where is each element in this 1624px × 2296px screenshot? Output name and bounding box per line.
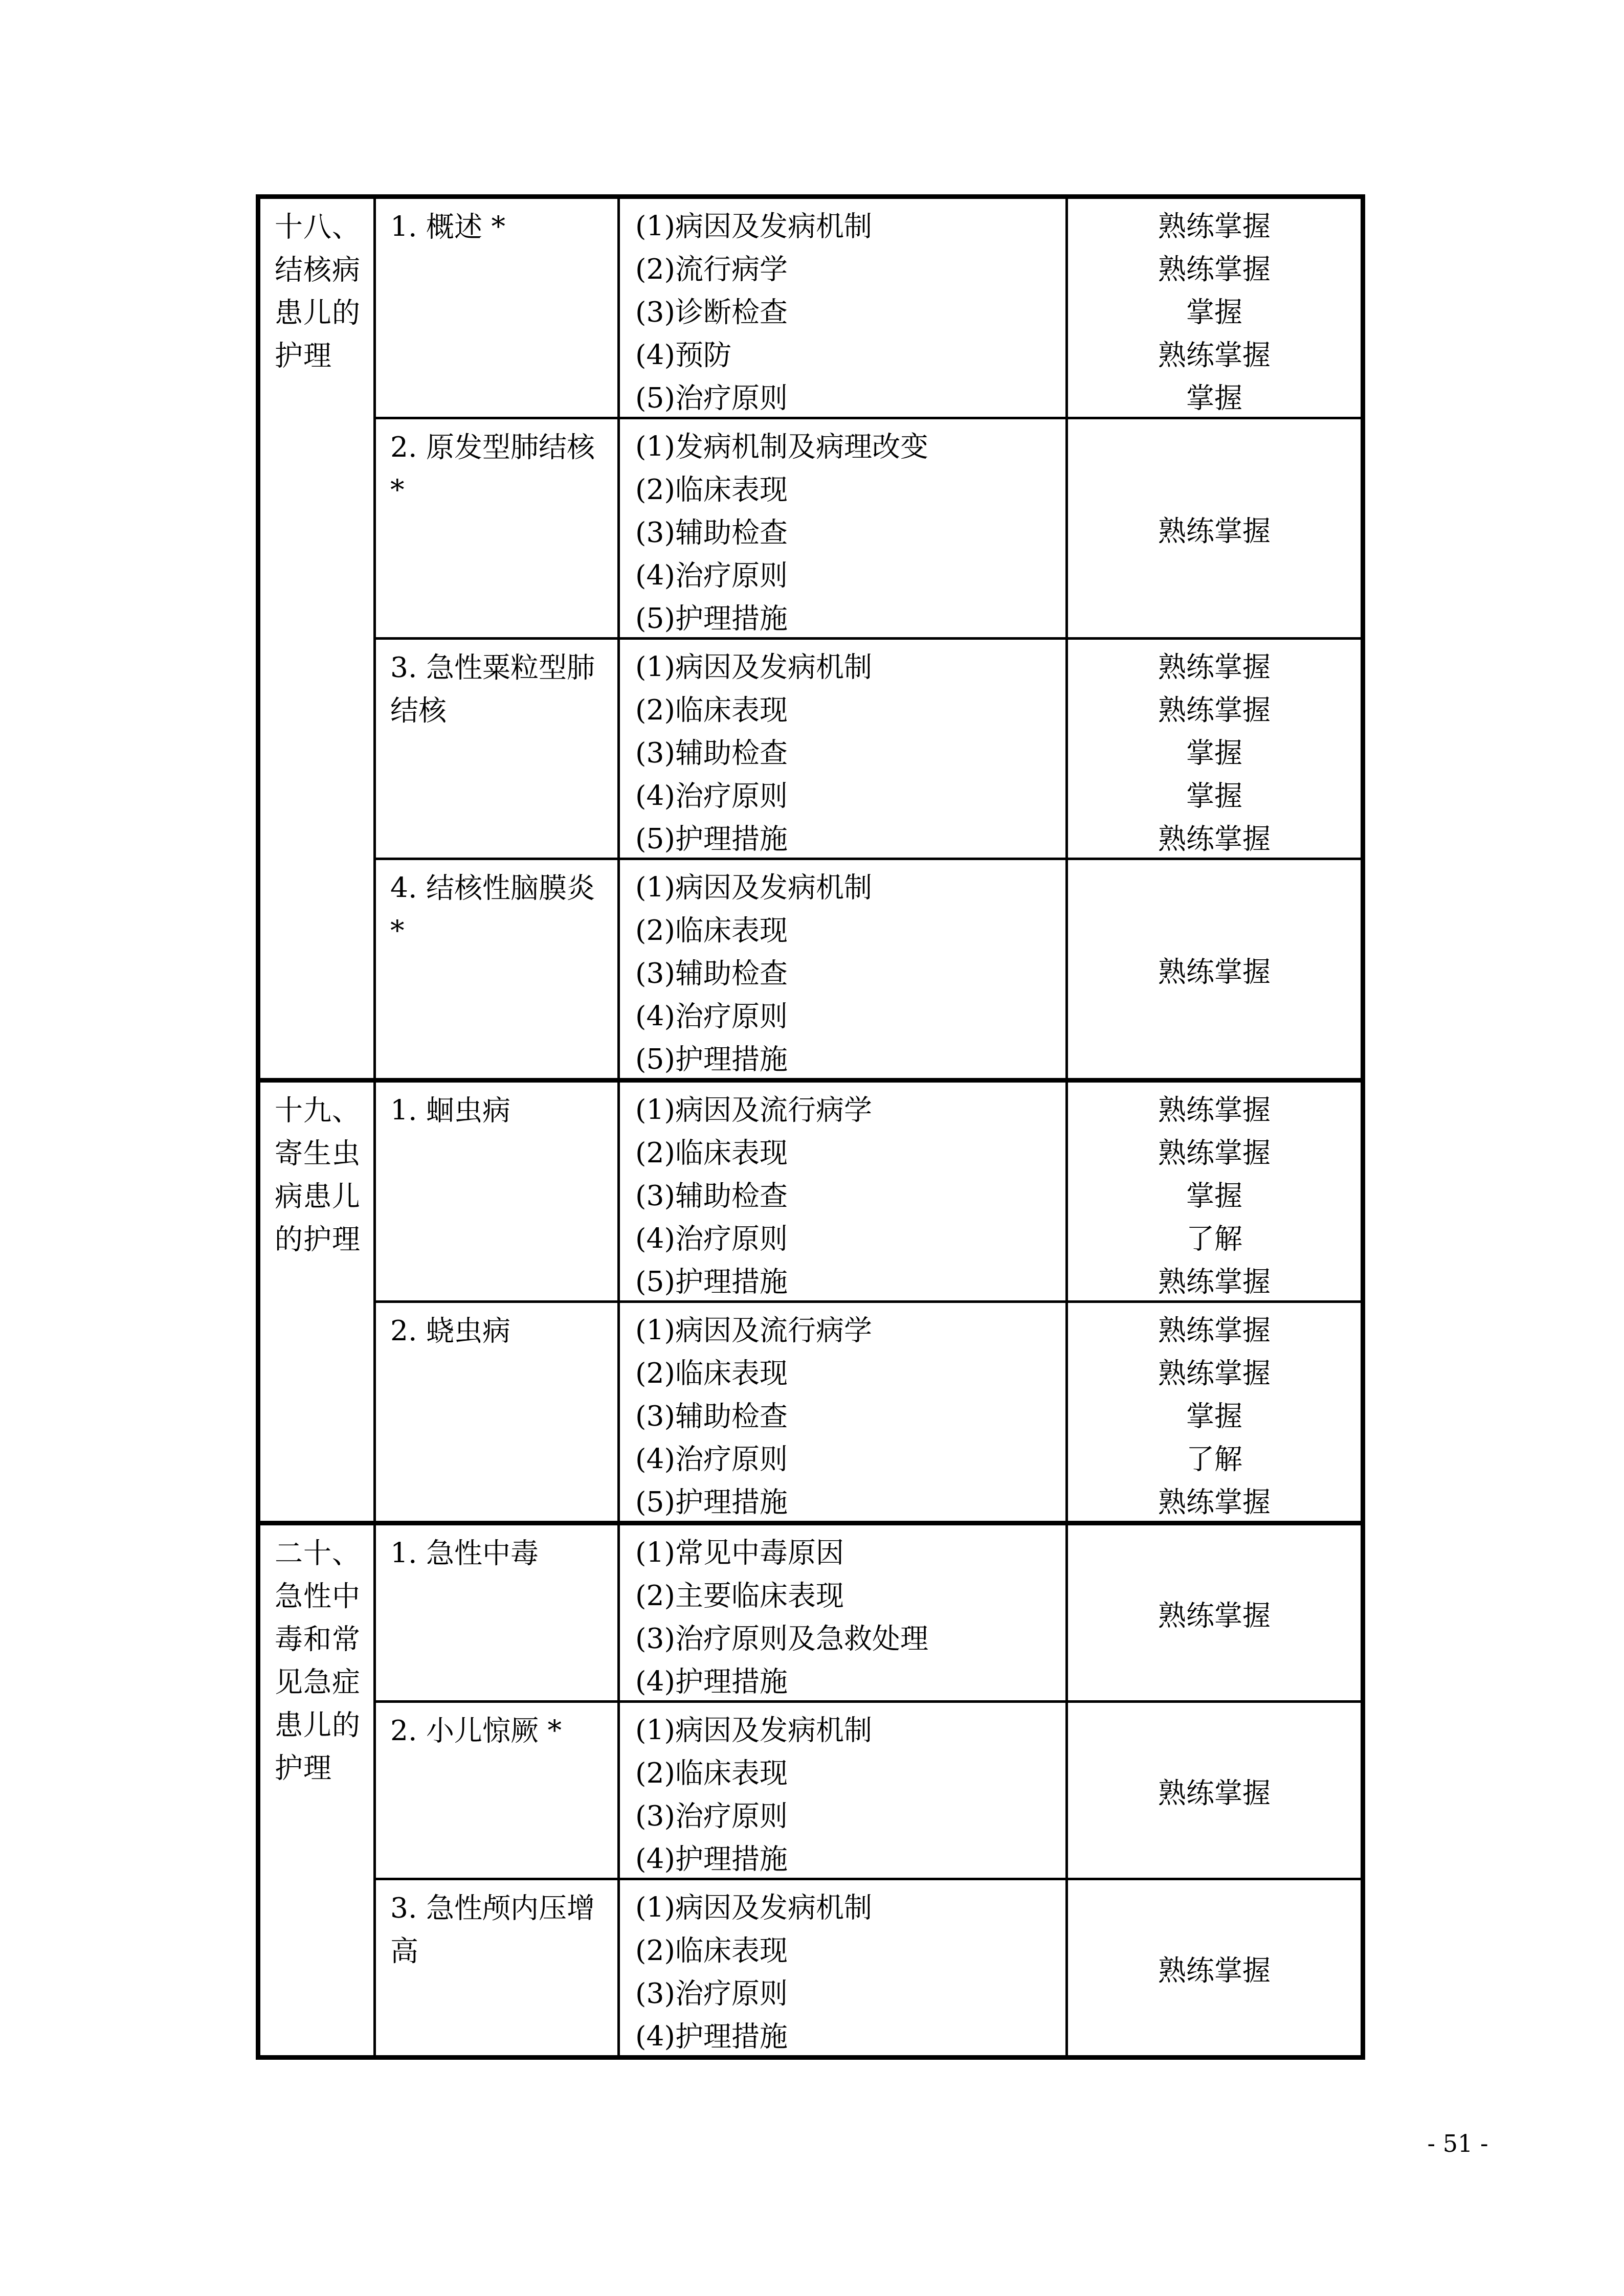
level-line: 熟练掌握 xyxy=(1068,1349,1361,1392)
item-line: (2)临床表现 xyxy=(620,465,1065,508)
item-line: (4)护理措施 xyxy=(620,1835,1065,1878)
level-line: 熟练掌握 xyxy=(1068,1257,1361,1300)
item-line: (5)护理措施 xyxy=(620,594,1065,637)
item-line: (2)流行病学 xyxy=(620,245,1065,288)
level-cell: 熟练掌握 xyxy=(1067,418,1363,639)
level-line: 熟练掌握 xyxy=(1068,331,1361,374)
level-cell: 熟练掌握熟练掌握掌握了解熟练掌握 xyxy=(1067,1302,1363,1523)
level-line: 熟练掌握 xyxy=(1068,815,1361,858)
item-line: (3)辅助检查 xyxy=(620,729,1065,772)
section-row: 2. 蛲虫病(1)病因及流行病学(2)临床表现(3)辅助检查(4)治疗原则(5)… xyxy=(258,1302,1363,1523)
section-row: 二十、 急性中 毒和常 见急症 患儿的 护理1. 急性中毒(1)常见中毒原因(2… xyxy=(258,1523,1363,1702)
item-line: (1)病因及流行病学 xyxy=(620,1086,1065,1129)
item-line: (2)临床表现 xyxy=(620,686,1065,729)
section-title-cell: 3. 急性颅内压增 高 xyxy=(375,1879,619,2058)
item-line: (1)病因及发病机制 xyxy=(620,863,1065,906)
items-cell: (1)病因及发病机制(2)临床表现(3)辅助检查(4)治疗原则(5)护理措施 xyxy=(619,639,1067,859)
items-cell: (1)病因及发病机制(2)流行病学(3)诊断检查(4)预防(5)治疗原则 xyxy=(619,197,1067,418)
item-line: (1)病因及发病机制 xyxy=(620,643,1065,686)
page-number: - 51 - xyxy=(1381,2130,1534,2157)
section-row: 3. 急性颅内压增 高(1)病因及发病机制(2)临床表现(3)治疗原则(4)护理… xyxy=(258,1879,1363,2058)
section-row: 3. 急性粟粒型肺 结核(1)病因及发病机制(2)临床表现(3)辅助检查(4)治… xyxy=(258,639,1363,859)
item-line: (2)临床表现 xyxy=(620,1749,1065,1792)
section-title-cell: 1. 急性中毒 xyxy=(375,1523,619,1702)
section-title-cell: 2. 原发型肺结核 * xyxy=(375,418,619,639)
level-line: 熟练掌握 xyxy=(1068,245,1361,288)
level-cell: 熟练掌握 xyxy=(1067,1702,1363,1879)
level-cell: 熟练掌握熟练掌握掌握掌握熟练掌握 xyxy=(1067,639,1363,859)
section-row: 2. 小儿惊厥 *(1)病因及发病机制(2)临床表现(3)治疗原则(4)护理措施… xyxy=(258,1702,1363,1879)
item-line: (4)护理措施 xyxy=(620,1657,1065,1700)
section-title-cell: 2. 蛲虫病 xyxy=(375,1302,619,1523)
level-line: 熟练掌握 xyxy=(1068,1129,1361,1172)
level-cell: 熟练掌握 xyxy=(1067,1879,1363,2058)
item-line: (4)治疗原则 xyxy=(620,551,1065,594)
section-title-cell: 1. 蛔虫病 xyxy=(375,1081,619,1302)
level-line: 掌握 xyxy=(1068,1172,1361,1214)
item-line: (2)临床表现 xyxy=(620,1129,1065,1172)
items-cell: (1)发病机制及病理改变(2)临床表现(3)辅助检查(4)治疗原则(5)护理措施 xyxy=(619,418,1067,639)
level-cell: 熟练掌握熟练掌握掌握熟练掌握掌握 xyxy=(1067,197,1363,418)
level-line: 熟练掌握 xyxy=(1068,1086,1361,1129)
syllabus-table: 十八、 结核病 患儿的 护理1. 概述 *(1)病因及发病机制(2)流行病学(3… xyxy=(256,194,1365,2060)
item-line: (5)治疗原则 xyxy=(620,374,1065,417)
item-line: (3)治疗原则 xyxy=(620,1792,1065,1835)
items-cell: (1)病因及发病机制(2)临床表现(3)治疗原则(4)护理措施 xyxy=(619,1879,1067,2058)
level-line: 掌握 xyxy=(1068,374,1361,417)
syllabus-table-body: 十八、 结核病 患儿的 护理1. 概述 *(1)病因及发病机制(2)流行病学(3… xyxy=(258,197,1363,2058)
chapter-cell: 十九、 寄生虫 病患儿 的护理 xyxy=(258,1081,375,1523)
level-line: 熟练掌握 xyxy=(1068,643,1361,686)
item-line: (3)辅助检查 xyxy=(620,949,1065,992)
item-line: (4)护理措施 xyxy=(620,2012,1065,2055)
level-line: 掌握 xyxy=(1068,1392,1361,1435)
item-line: (1)常见中毒原因 xyxy=(620,1528,1065,1571)
level-line: 掌握 xyxy=(1068,729,1361,772)
item-line: (2)主要临床表现 xyxy=(620,1571,1065,1614)
level-line: 熟练掌握 xyxy=(1068,686,1361,729)
item-line: (1)发病机制及病理改变 xyxy=(620,422,1065,465)
level-line: 了解 xyxy=(1068,1435,1361,1478)
item-line: (1)病因及发病机制 xyxy=(620,202,1065,245)
chapter-cell: 十八、 结核病 患儿的 护理 xyxy=(258,197,375,1081)
level-line: 掌握 xyxy=(1068,288,1361,331)
level-line: 熟练掌握 xyxy=(1068,1306,1361,1349)
item-line: (4)治疗原则 xyxy=(620,992,1065,1035)
document-page: 十八、 结核病 患儿的 护理1. 概述 *(1)病因及发病机制(2)流行病学(3… xyxy=(0,0,1624,2296)
section-title-cell: 4. 结核性脑膜炎 * xyxy=(375,859,619,1081)
item-line: (4)治疗原则 xyxy=(620,1214,1065,1257)
item-line: (4)预防 xyxy=(620,331,1065,374)
item-line: (2)临床表现 xyxy=(620,1926,1065,1969)
section-title-cell: 1. 概述 * xyxy=(375,197,619,418)
item-line: (5)护理措施 xyxy=(620,1035,1065,1078)
level-line: 熟练掌握 xyxy=(1068,1478,1361,1521)
section-title-cell: 2. 小儿惊厥 * xyxy=(375,1702,619,1879)
chapter-cell: 二十、 急性中 毒和常 见急症 患儿的 护理 xyxy=(258,1523,375,2058)
level-cell: 熟练掌握 xyxy=(1067,859,1363,1081)
item-line: (3)治疗原则 xyxy=(620,1969,1065,2012)
level-line: 掌握 xyxy=(1068,772,1361,815)
item-line: (4)治疗原则 xyxy=(620,1435,1065,1478)
item-line: (1)病因及发病机制 xyxy=(620,1706,1065,1749)
item-line: (3)诊断检查 xyxy=(620,288,1065,331)
section-row: 十九、 寄生虫 病患儿 的护理1. 蛔虫病(1)病因及流行病学(2)临床表现(3… xyxy=(258,1081,1363,1302)
item-line: (3)辅助检查 xyxy=(620,1392,1065,1435)
item-line: (5)护理措施 xyxy=(620,1478,1065,1521)
item-line: (3)治疗原则及急救处理 xyxy=(620,1614,1065,1657)
item-line: (5)护理措施 xyxy=(620,1257,1065,1300)
items-cell: (1)病因及流行病学(2)临床表现(3)辅助检查(4)治疗原则(5)护理措施 xyxy=(619,1302,1067,1523)
level-cell: 熟练掌握 xyxy=(1067,1523,1363,1702)
section-title-cell: 3. 急性粟粒型肺 结核 xyxy=(375,639,619,859)
item-line: (4)治疗原则 xyxy=(620,772,1065,815)
item-line: (3)辅助检查 xyxy=(620,1172,1065,1214)
item-line: (5)护理措施 xyxy=(620,815,1065,858)
level-line: 了解 xyxy=(1068,1214,1361,1257)
item-line: (1)病因及发病机制 xyxy=(620,1883,1065,1926)
section-row: 十八、 结核病 患儿的 护理1. 概述 *(1)病因及发病机制(2)流行病学(3… xyxy=(258,197,1363,418)
items-cell: (1)病因及发病机制(2)临床表现(3)治疗原则(4)护理措施 xyxy=(619,1702,1067,1879)
items-cell: (1)常见中毒原因(2)主要临床表现(3)治疗原则及急救处理(4)护理措施 xyxy=(619,1523,1067,1702)
section-row: 2. 原发型肺结核 *(1)发病机制及病理改变(2)临床表现(3)辅助检查(4)… xyxy=(258,418,1363,639)
item-line: (2)临床表现 xyxy=(620,906,1065,949)
item-line: (2)临床表现 xyxy=(620,1349,1065,1392)
section-row: 4. 结核性脑膜炎 *(1)病因及发病机制(2)临床表现(3)辅助检查(4)治疗… xyxy=(258,859,1363,1081)
items-cell: (1)病因及流行病学(2)临床表现(3)辅助检查(4)治疗原则(5)护理措施 xyxy=(619,1081,1067,1302)
level-cell: 熟练掌握熟练掌握掌握了解熟练掌握 xyxy=(1067,1081,1363,1302)
item-line: (1)病因及流行病学 xyxy=(620,1306,1065,1349)
level-line: 熟练掌握 xyxy=(1068,202,1361,245)
items-cell: (1)病因及发病机制(2)临床表现(3)辅助检查(4)治疗原则(5)护理措施 xyxy=(619,859,1067,1081)
item-line: (3)辅助检查 xyxy=(620,508,1065,551)
